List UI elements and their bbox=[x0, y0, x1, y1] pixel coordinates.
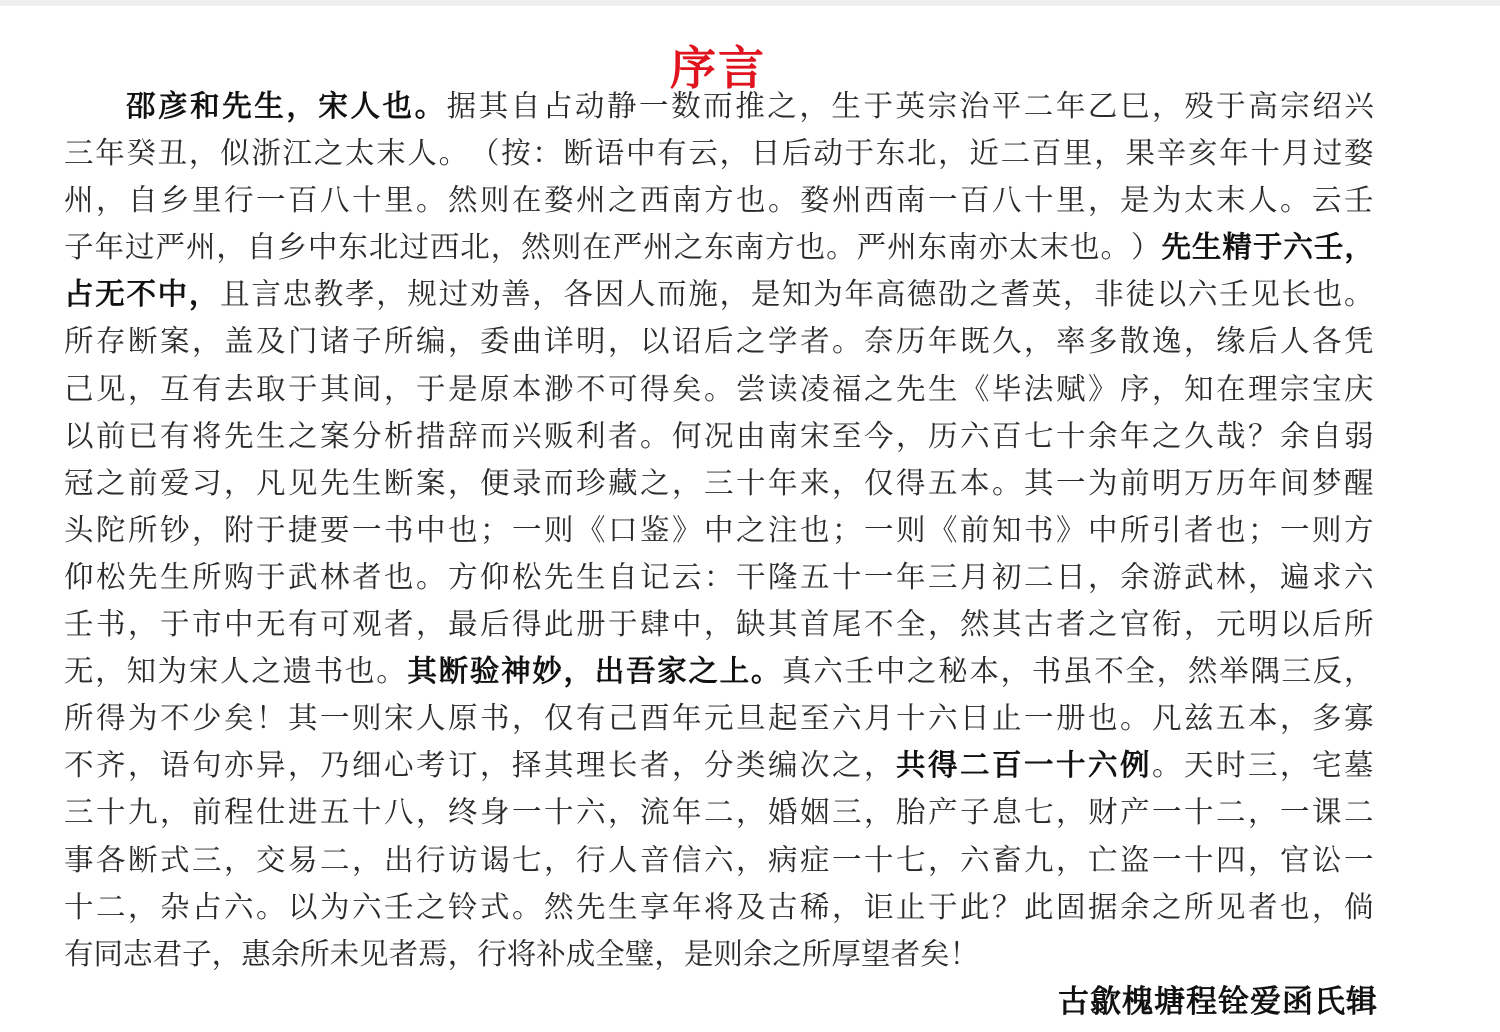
char: 壬 bbox=[384, 884, 414, 931]
char: 生 bbox=[928, 366, 958, 413]
char: ， bbox=[1157, 648, 1187, 695]
char: 中 bbox=[626, 130, 656, 177]
char: 为 bbox=[1088, 460, 1118, 507]
bold-char: 一 bbox=[1024, 742, 1054, 789]
char: 明 bbox=[1152, 460, 1182, 507]
char: 三 bbox=[192, 837, 222, 884]
char: 信 bbox=[672, 837, 702, 884]
char: 年 bbox=[1120, 413, 1150, 460]
char: 三 bbox=[64, 789, 94, 836]
char: 后 bbox=[480, 601, 510, 648]
char: 注 bbox=[768, 507, 798, 554]
char: ， bbox=[1248, 837, 1278, 884]
char: 姻 bbox=[800, 789, 830, 836]
char: 遍 bbox=[1280, 554, 1310, 601]
char: 一 bbox=[512, 507, 542, 554]
char: ， bbox=[212, 931, 242, 978]
char: 便 bbox=[480, 460, 510, 507]
char: 先 bbox=[896, 366, 926, 413]
char: 六 bbox=[813, 648, 843, 695]
char: 果 bbox=[1125, 130, 1155, 177]
char: ， bbox=[448, 931, 478, 978]
char: 也 bbox=[1313, 271, 1343, 318]
char: 三 bbox=[64, 130, 94, 177]
char: 哉 bbox=[1216, 413, 1246, 460]
char: 中 bbox=[416, 507, 446, 554]
char: 为 bbox=[158, 648, 188, 695]
char: 案 bbox=[160, 318, 190, 365]
char: 治 bbox=[960, 83, 990, 130]
char: 全 bbox=[896, 601, 926, 648]
char: 得 bbox=[896, 460, 926, 507]
char: 三 bbox=[928, 554, 958, 601]
char: 然 bbox=[521, 224, 551, 271]
char: 生 bbox=[576, 554, 606, 601]
char: 有 bbox=[576, 695, 606, 742]
char: 严 bbox=[613, 224, 643, 271]
char: 十 bbox=[864, 837, 894, 884]
char: 子 bbox=[352, 318, 382, 365]
char: 书 bbox=[314, 648, 344, 695]
char: ； bbox=[832, 507, 862, 554]
char: 而 bbox=[544, 460, 574, 507]
char: 十 bbox=[832, 554, 862, 601]
char: 中 bbox=[672, 601, 702, 648]
bold-char: 吾 bbox=[626, 648, 656, 695]
char: 止 bbox=[896, 884, 926, 931]
char: 所 bbox=[1184, 884, 1214, 931]
char: 婺 bbox=[544, 177, 574, 224]
char: 也 bbox=[384, 554, 414, 601]
char: ， bbox=[95, 648, 125, 695]
char: ， bbox=[1152, 83, 1182, 130]
char: 历 bbox=[1216, 460, 1246, 507]
char: 于 bbox=[160, 601, 190, 648]
char: 十 bbox=[64, 884, 94, 931]
char: 。 bbox=[704, 366, 734, 413]
char: 东 bbox=[876, 130, 906, 177]
char: 之 bbox=[1152, 413, 1182, 460]
char: 一 bbox=[639, 83, 669, 130]
preface-body: 邵彦和先生，宋人也。据其自占动静一数而推之，生于英宗治平二年乙巳，殁于高宗绍兴三… bbox=[64, 83, 1374, 978]
char: 里 bbox=[1056, 177, 1086, 224]
char: 亦 bbox=[979, 224, 1009, 271]
char: 五 bbox=[1216, 695, 1246, 742]
char: 乙 bbox=[1088, 83, 1118, 130]
char: ， bbox=[1280, 695, 1310, 742]
char: 一 bbox=[320, 695, 350, 742]
char: 所 bbox=[128, 507, 158, 554]
char: 中 bbox=[704, 507, 734, 554]
char: 耆 bbox=[1001, 271, 1031, 318]
char: 所 bbox=[1344, 601, 1374, 648]
char: 后 bbox=[704, 318, 734, 365]
bold-char: 先 bbox=[1161, 224, 1191, 271]
char: 产 bbox=[928, 789, 958, 836]
bold-char: 。 bbox=[751, 648, 781, 695]
char: ， bbox=[192, 507, 222, 554]
char: ， bbox=[1248, 789, 1278, 836]
char: 据 bbox=[1088, 884, 1118, 931]
char: 语 bbox=[595, 130, 625, 177]
char: 则 bbox=[480, 177, 510, 224]
char: 观 bbox=[352, 601, 382, 648]
char: 凡 bbox=[1152, 695, 1182, 742]
char: 至 bbox=[800, 695, 830, 742]
bold-char: 上 bbox=[720, 648, 750, 695]
char: 之 bbox=[416, 884, 446, 931]
char: ， bbox=[224, 837, 254, 884]
char: 六 bbox=[576, 789, 606, 836]
char: 冠 bbox=[64, 460, 94, 507]
char: 购 bbox=[224, 554, 254, 601]
char: 州 bbox=[576, 177, 606, 224]
char: 其 bbox=[544, 742, 574, 789]
char: 规 bbox=[407, 271, 437, 318]
char: 七 bbox=[1024, 413, 1054, 460]
char: 六 bbox=[1188, 271, 1218, 318]
bold-char: 占 bbox=[64, 271, 94, 318]
bold-char: 例 bbox=[1120, 742, 1150, 789]
char: 间 bbox=[1280, 460, 1310, 507]
char: 生 bbox=[256, 413, 286, 460]
char: 辛 bbox=[1157, 130, 1187, 177]
char: 者 bbox=[1184, 507, 1214, 554]
char: 先 bbox=[544, 554, 574, 601]
char: 六 bbox=[960, 837, 990, 884]
char: 然 bbox=[1188, 648, 1218, 695]
char: 先 bbox=[320, 460, 350, 507]
char: 方 bbox=[765, 224, 795, 271]
char: 。 bbox=[416, 177, 446, 224]
char: ， bbox=[896, 413, 926, 460]
bold-char: 壬 bbox=[1314, 224, 1344, 271]
char: 九 bbox=[128, 789, 158, 836]
char: 断 bbox=[128, 318, 158, 365]
char: 有 bbox=[657, 130, 687, 177]
char: 施 bbox=[688, 271, 718, 318]
char: 志 bbox=[123, 931, 153, 978]
char: 长 bbox=[1282, 271, 1312, 318]
char: 八 bbox=[320, 177, 350, 224]
char: 婺 bbox=[1344, 130, 1374, 177]
char: 高 bbox=[1248, 83, 1278, 130]
char: 求 bbox=[1312, 554, 1342, 601]
char: 见 bbox=[359, 931, 389, 978]
char: 余 bbox=[1120, 554, 1150, 601]
char: 过 bbox=[439, 271, 469, 318]
char: 焉 bbox=[418, 931, 448, 978]
char: 行 bbox=[224, 177, 254, 224]
char: ？ bbox=[992, 884, 1022, 931]
char: ？ bbox=[1248, 413, 1278, 460]
char: 此 bbox=[1024, 884, 1054, 931]
char: 一 bbox=[1280, 507, 1310, 554]
text-line: 仰松先生所购于武林者也。方仰松先生自记云：干隆五十一年三月初二日，余游武林，遍求… bbox=[64, 554, 1374, 601]
char: 子 bbox=[64, 224, 94, 271]
char: ， bbox=[608, 318, 638, 365]
char: 云 bbox=[688, 130, 718, 177]
char: 时 bbox=[1216, 742, 1246, 789]
char: 至 bbox=[832, 413, 862, 460]
char: 本 bbox=[969, 648, 999, 695]
text-line: 有同志君子，惠余所未见者焉，行将补成全璧，是则余之所厚望者矣！ bbox=[64, 931, 1374, 978]
char: 年 bbox=[928, 318, 958, 365]
char: 门 bbox=[288, 318, 318, 365]
char: 缘 bbox=[1216, 318, 1246, 365]
char: 本 bbox=[512, 366, 542, 413]
text-line: 不齐，语句亦异，乃细心考订，择其理长者，分类编次之，共得二百一十六例。天时三，宅… bbox=[64, 742, 1374, 789]
char: ， bbox=[416, 789, 446, 836]
char: 案 bbox=[320, 413, 350, 460]
char: 学 bbox=[768, 318, 798, 365]
char: 册 bbox=[1056, 695, 1086, 742]
char: 所 bbox=[300, 931, 330, 978]
char: 先 bbox=[576, 884, 606, 931]
char: ， bbox=[480, 742, 510, 789]
char: 亥 bbox=[1188, 130, 1218, 177]
char: 劝 bbox=[470, 271, 500, 318]
char: ， bbox=[224, 460, 254, 507]
char: 前 bbox=[1120, 460, 1150, 507]
char: 之 bbox=[832, 742, 862, 789]
char: 而 bbox=[703, 83, 733, 130]
char: ！ bbox=[949, 931, 979, 978]
char: 年 bbox=[672, 789, 702, 836]
char: 享 bbox=[640, 884, 670, 931]
char: 已 bbox=[128, 413, 158, 460]
char: 孝 bbox=[345, 271, 375, 318]
char: 是 bbox=[684, 931, 714, 978]
char: 知 bbox=[1184, 366, 1214, 413]
char: 所 bbox=[802, 931, 832, 978]
char: 录 bbox=[512, 460, 542, 507]
char: 此 bbox=[960, 884, 990, 931]
bold-char: 验 bbox=[470, 648, 500, 695]
char: 珍 bbox=[576, 460, 606, 507]
char: 有 bbox=[192, 366, 222, 413]
char: 南 bbox=[735, 224, 765, 271]
char: 宅 bbox=[1312, 742, 1342, 789]
char: 爱 bbox=[160, 460, 190, 507]
char: 少 bbox=[192, 695, 222, 742]
char: 矣 bbox=[672, 366, 702, 413]
char: 末 bbox=[376, 130, 406, 177]
bold-char: 不 bbox=[126, 271, 156, 318]
char: 因 bbox=[595, 271, 625, 318]
char: 婚 bbox=[768, 789, 798, 836]
char: 历 bbox=[896, 318, 926, 365]
char: ， bbox=[189, 130, 219, 177]
bold-char: 之 bbox=[688, 648, 718, 695]
char: 首 bbox=[800, 601, 830, 648]
char: 一 bbox=[512, 789, 542, 836]
char: 其 bbox=[479, 83, 509, 130]
text-line: 所得为不少矣！其一则宋人原书，仅有己酉年元旦起至六月十六日止一册也。凡兹五本，多… bbox=[64, 695, 1374, 742]
char: 年 bbox=[672, 695, 702, 742]
char: 后 bbox=[1312, 601, 1342, 648]
char: 之 bbox=[251, 648, 281, 695]
char: 十 bbox=[544, 789, 574, 836]
char: 缺 bbox=[736, 601, 766, 648]
char: 此 bbox=[544, 601, 574, 648]
bold-char: 。 bbox=[415, 83, 445, 130]
char: 断 bbox=[128, 837, 158, 884]
char: 年 bbox=[1219, 130, 1249, 177]
char: ， bbox=[160, 789, 190, 836]
char: 心 bbox=[384, 742, 414, 789]
char: 古 bbox=[1024, 601, 1054, 648]
char: 干 bbox=[736, 554, 766, 601]
char: 年 bbox=[844, 271, 874, 318]
char: 虽 bbox=[1063, 648, 1093, 695]
char: 六 bbox=[352, 884, 382, 931]
char: 太 bbox=[1184, 177, 1214, 224]
char: ， bbox=[832, 884, 862, 931]
char: 月 bbox=[1282, 130, 1312, 177]
char: 末 bbox=[1040, 224, 1070, 271]
char: 。 bbox=[416, 554, 446, 601]
char: 二 bbox=[1024, 554, 1054, 601]
char: 自 bbox=[247, 224, 277, 271]
char: 式 bbox=[480, 884, 510, 931]
char: ， bbox=[720, 130, 750, 177]
char: 先 bbox=[128, 554, 158, 601]
char: 在 bbox=[582, 224, 612, 271]
bold-char: 妙 bbox=[532, 648, 562, 695]
char: ， bbox=[1056, 789, 1086, 836]
char: 者 bbox=[890, 931, 920, 978]
char: 里 bbox=[1063, 130, 1093, 177]
char: 所 bbox=[192, 554, 222, 601]
char: 百 bbox=[992, 413, 1022, 460]
char: 望 bbox=[861, 931, 891, 978]
char: 乡 bbox=[160, 177, 190, 224]
char: 以 bbox=[64, 413, 94, 460]
char: ， bbox=[128, 601, 158, 648]
char: 按 bbox=[501, 130, 531, 177]
char: 》 bbox=[1056, 507, 1086, 554]
char: 中 bbox=[308, 224, 338, 271]
char: 财 bbox=[1088, 789, 1118, 836]
char: 何 bbox=[672, 413, 702, 460]
char: 其 bbox=[768, 601, 798, 648]
char: 不 bbox=[160, 695, 190, 742]
char: ， bbox=[128, 742, 158, 789]
char: ， bbox=[376, 271, 406, 318]
char: 各 bbox=[564, 271, 594, 318]
bold-char: 其 bbox=[407, 648, 437, 695]
text-line: 壬书，于市中无有可观者，最后得此册于肆中，缺其首尾不全，然其古者之官衔，元明以后… bbox=[64, 601, 1374, 648]
char: 见 bbox=[1216, 884, 1246, 931]
char: 则 bbox=[352, 695, 382, 742]
char: 仅 bbox=[864, 460, 894, 507]
char: 州 bbox=[186, 224, 216, 271]
text-line: 头陀所钞，附于捷要一书中也；一则《口鉴》中之注也；一则《前知书》中所引者也；一则… bbox=[64, 507, 1374, 554]
char: 且 bbox=[220, 271, 250, 318]
char: 成 bbox=[566, 931, 596, 978]
char: 之 bbox=[772, 931, 802, 978]
char: 于 bbox=[1216, 83, 1246, 130]
char: 年 bbox=[1056, 83, 1086, 130]
bold-char: 六 bbox=[1283, 224, 1313, 271]
char: 静 bbox=[607, 83, 637, 130]
char: 铃 bbox=[448, 884, 478, 931]
char: 去 bbox=[224, 366, 254, 413]
char: 习 bbox=[192, 460, 222, 507]
char: ， bbox=[512, 695, 542, 742]
char: 墓 bbox=[1344, 742, 1374, 789]
char: 十 bbox=[96, 789, 126, 836]
char: ， bbox=[1184, 601, 1214, 648]
char: 者 bbox=[640, 742, 670, 789]
char: ， bbox=[532, 271, 562, 318]
char: 也 bbox=[1280, 884, 1310, 931]
char: 之 bbox=[1152, 884, 1182, 931]
char: 书 bbox=[1032, 648, 1062, 695]
char: 人 bbox=[1248, 177, 1278, 224]
char: 一 bbox=[928, 177, 958, 224]
char: 严 bbox=[857, 224, 887, 271]
char: 断 bbox=[564, 130, 594, 177]
char: ， bbox=[384, 366, 414, 413]
char: 散 bbox=[1120, 318, 1150, 365]
bold-char: 先 bbox=[222, 83, 252, 130]
char: 人 bbox=[407, 130, 437, 177]
char: 在 bbox=[1216, 366, 1246, 413]
char: 句 bbox=[192, 742, 222, 789]
bold-char: 百 bbox=[992, 742, 1022, 789]
char: ， bbox=[928, 601, 958, 648]
char: 见 bbox=[1250, 271, 1280, 318]
char: ， bbox=[416, 601, 446, 648]
char: 壬 bbox=[844, 648, 874, 695]
char: 也 bbox=[1088, 695, 1118, 742]
char: 十 bbox=[1184, 789, 1214, 836]
char: 之 bbox=[314, 130, 344, 177]
char: 措 bbox=[416, 413, 446, 460]
char: 一 bbox=[1152, 789, 1182, 836]
char: 要 bbox=[320, 507, 350, 554]
char: 一 bbox=[256, 177, 286, 224]
char: 矣 bbox=[920, 931, 950, 978]
char: 者 bbox=[352, 554, 382, 601]
char: ， bbox=[704, 601, 734, 648]
char: ， bbox=[288, 742, 318, 789]
char: 知 bbox=[126, 648, 156, 695]
char: ， bbox=[654, 931, 684, 978]
char: 八 bbox=[992, 177, 1022, 224]
char: 人 bbox=[416, 695, 446, 742]
char: 取 bbox=[256, 366, 286, 413]
char: 之 bbox=[640, 460, 670, 507]
char: 者 bbox=[1248, 884, 1278, 931]
char: 原 bbox=[480, 366, 510, 413]
char: 言 bbox=[251, 271, 281, 318]
char: 末 bbox=[1216, 177, 1246, 224]
char: 课 bbox=[1312, 789, 1342, 836]
char: ， bbox=[938, 130, 968, 177]
char: 英 bbox=[896, 83, 926, 130]
char: 仕 bbox=[256, 789, 286, 836]
char: 得 bbox=[96, 695, 126, 742]
char: 仅 bbox=[544, 695, 574, 742]
char: 子 bbox=[960, 789, 990, 836]
char: 也 bbox=[345, 648, 375, 695]
bold-char: 和 bbox=[190, 83, 220, 130]
char: 一 bbox=[352, 507, 382, 554]
char: 一 bbox=[1024, 695, 1054, 742]
